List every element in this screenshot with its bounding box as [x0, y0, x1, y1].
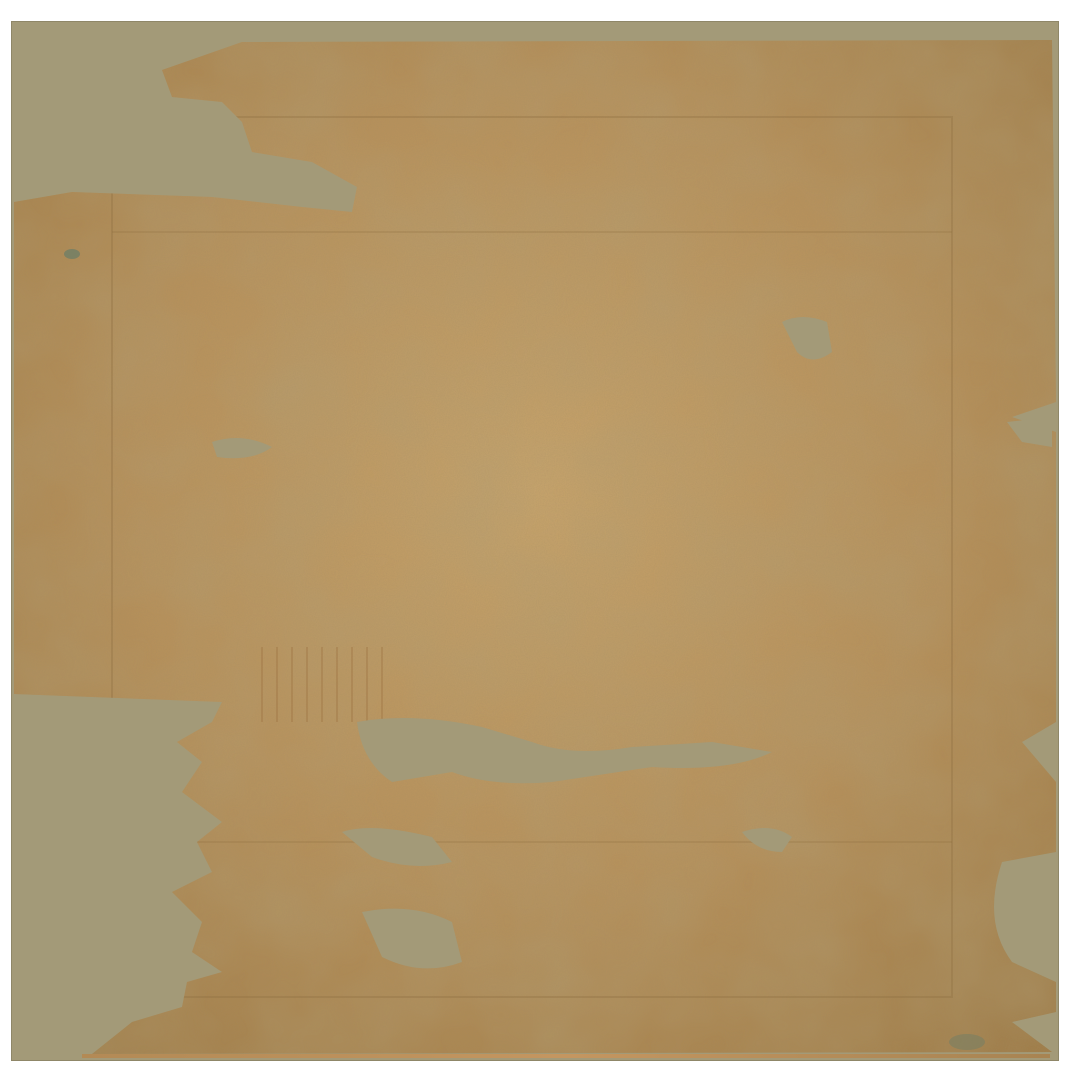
- mounting-board: [12, 22, 1058, 1060]
- silk-bottom-edge: [82, 1054, 1050, 1058]
- silk-painting: [12, 22, 1058, 1060]
